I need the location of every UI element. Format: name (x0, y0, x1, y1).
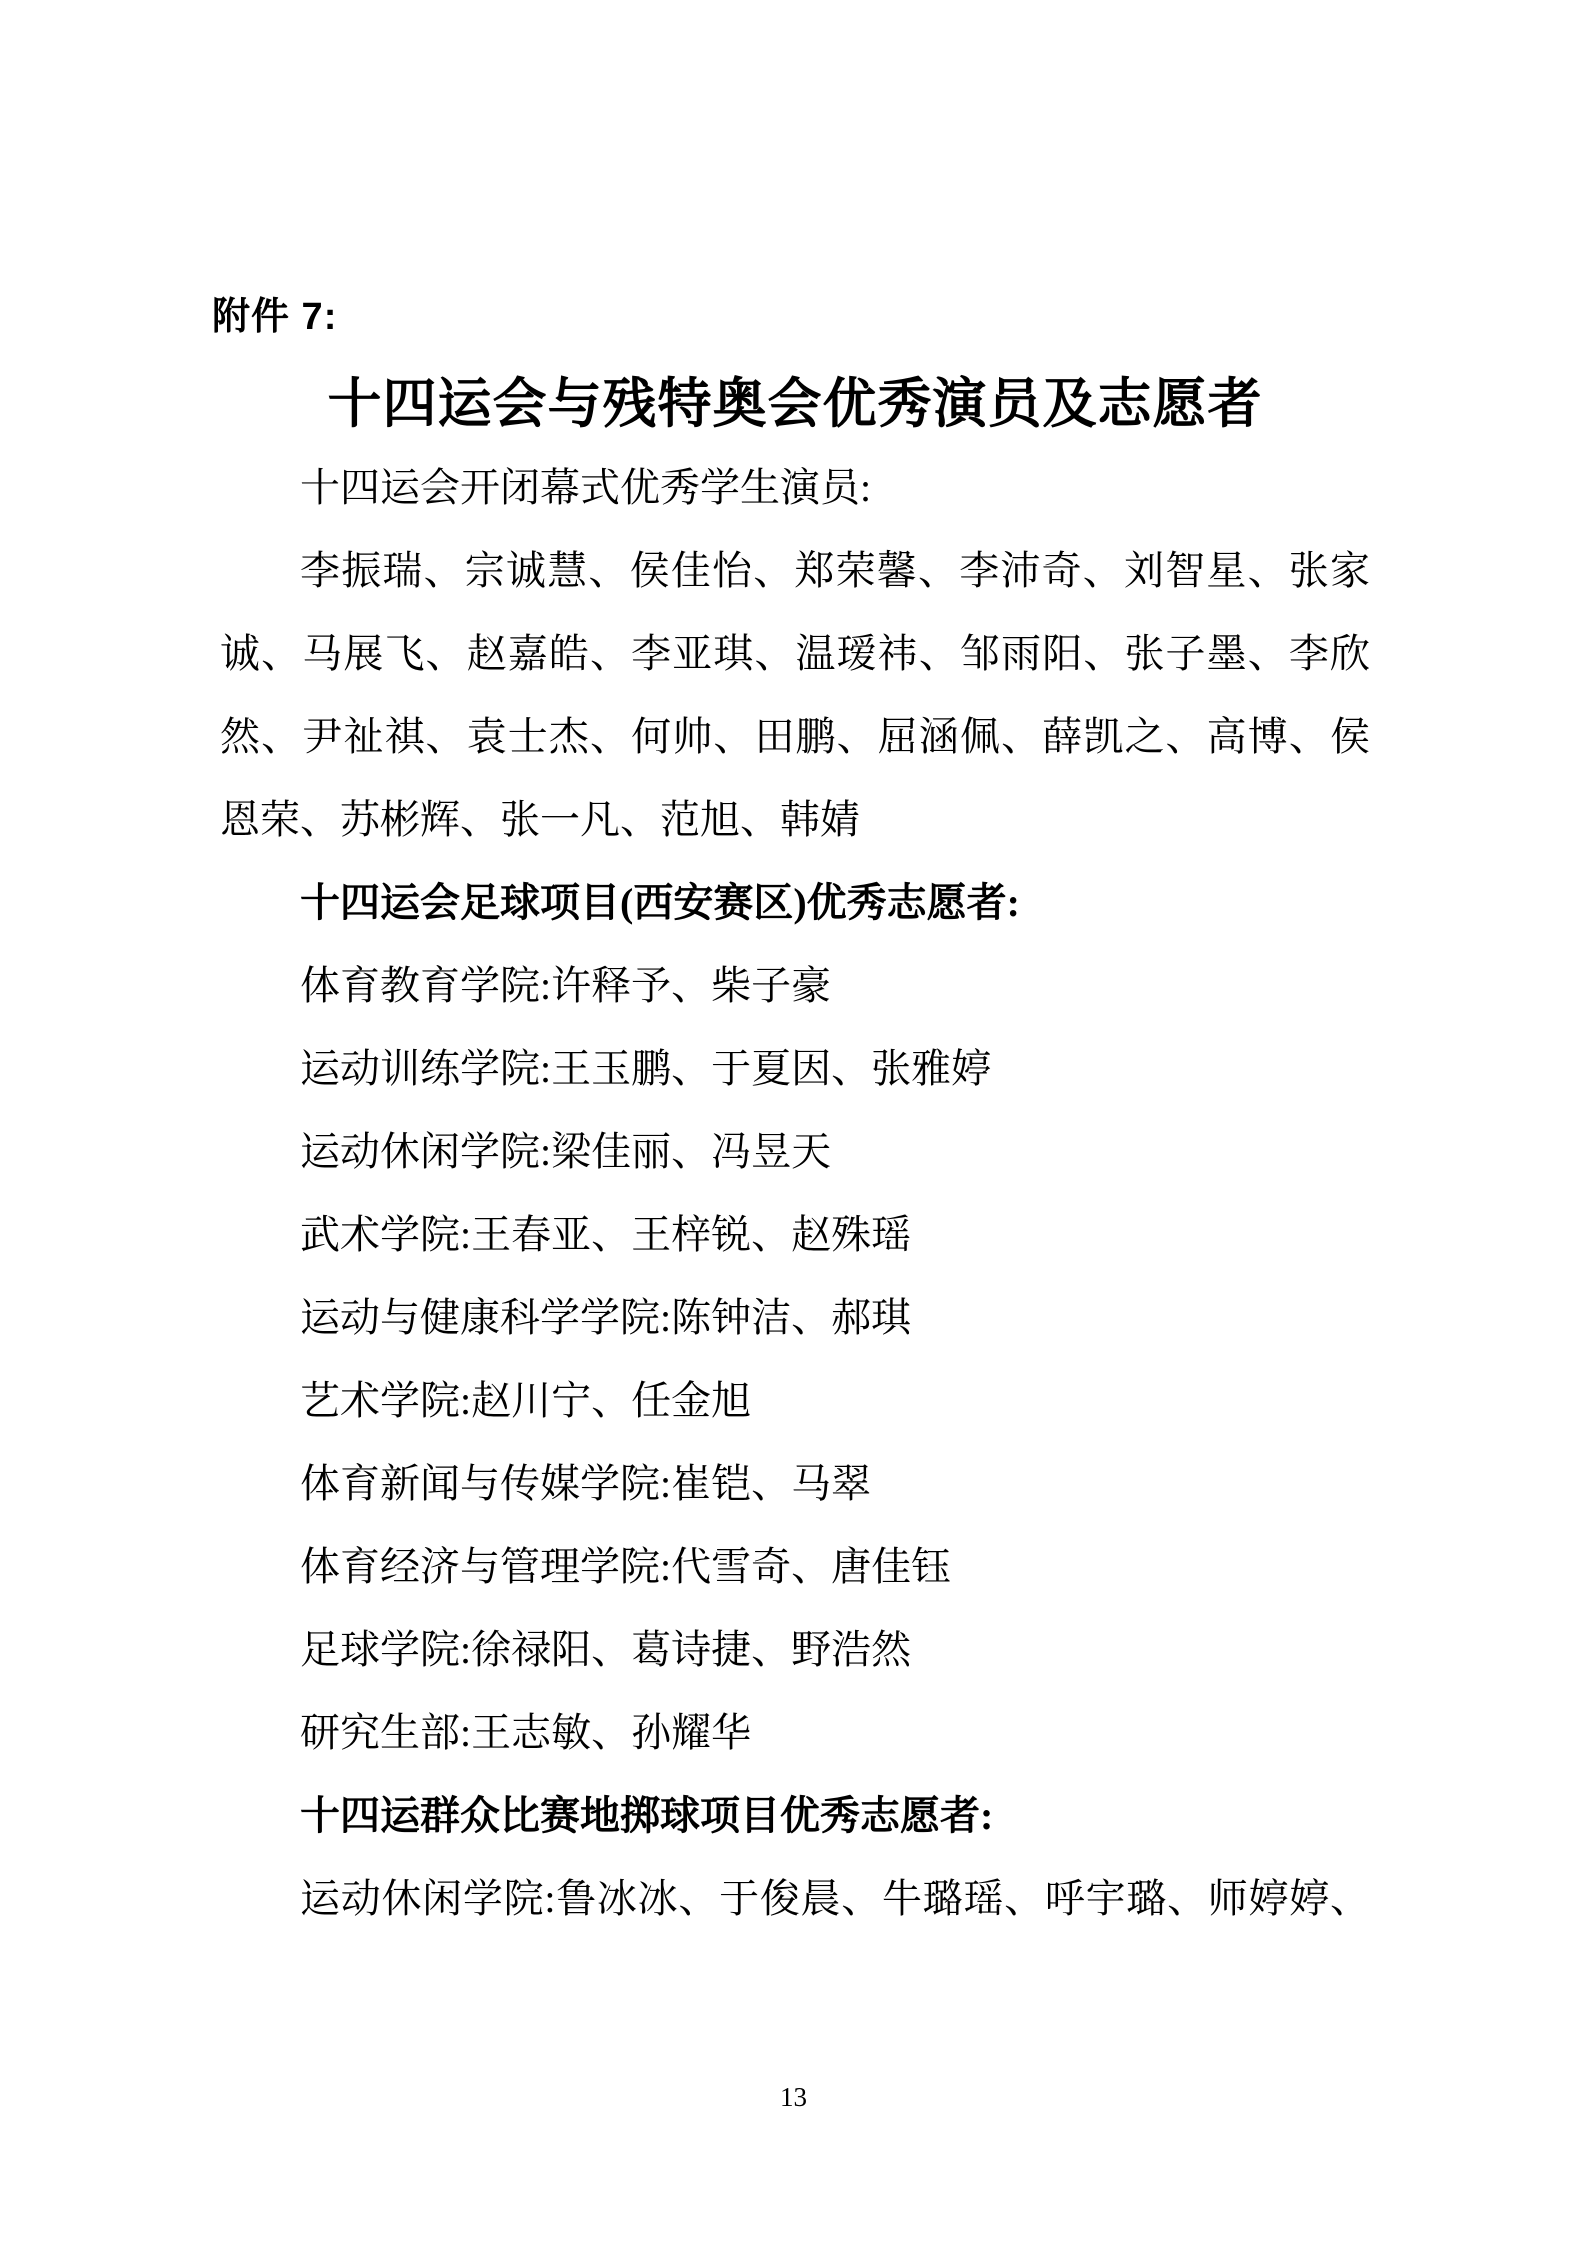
text-line: 恩荣、苏彬辉、张一凡、范旭、韩婧 (220, 778, 1370, 861)
text-line: 运动休闲学院:鲁冰冰、于俊晨、牛璐瑶、呼宇璐、师婷婷、 (220, 1857, 1370, 1940)
section-heading: 十四运群众比赛地掷球项目优秀志愿者: (220, 1774, 1370, 1857)
text-line: 艺术学院:赵川宁、任金旭 (220, 1359, 1370, 1442)
page-number: 13 (0, 2080, 1587, 2114)
text-line: 体育新闻与传媒学院:崔铠、马翠 (220, 1442, 1370, 1525)
text-line: 运动休闲学院:梁佳丽、冯昱天 (220, 1110, 1370, 1193)
section-heading: 十四运会足球项目(西安赛区)优秀志愿者: (220, 861, 1370, 944)
text-line: 运动与健康科学学院:陈钟洁、郝琪 (220, 1276, 1370, 1359)
section-heading: 十四运会开闭幕式优秀学生演员: (220, 446, 1370, 529)
text-line: 武术学院:王春亚、王梓锐、赵殊瑶 (220, 1193, 1370, 1276)
document-page: 附件 7: 十四运会与残特奥会优秀演员及志愿者 十四运会开闭幕式优秀学生演员:李… (0, 0, 1587, 2245)
text-line: 研究生部:王志敏、孙耀华 (220, 1691, 1370, 1774)
attachment-label: 附件 7: (212, 292, 337, 342)
document-body: 十四运会开闭幕式优秀学生演员:李振瑞、宗诚慧、侯佳怡、郑荣馨、李沛奇、刘智星、张… (220, 446, 1370, 1940)
text-line: 诚、马展飞、赵嘉皓、李亚琪、温瑷祎、邹雨阳、张子墨、李欣 (220, 612, 1370, 695)
text-line: 运动训练学院:王玉鹏、于夏因、张雅婷 (220, 1027, 1370, 1110)
text-line: 李振瑞、宗诚慧、侯佳怡、郑荣馨、李沛奇、刘智星、张家 (220, 529, 1370, 612)
document-title: 十四运会与残特奥会优秀演员及志愿者 (220, 368, 1370, 440)
text-line: 足球学院:徐禄阳、葛诗捷、野浩然 (220, 1608, 1370, 1691)
text-line: 体育经济与管理学院:代雪奇、唐佳钰 (220, 1525, 1370, 1608)
text-line: 体育教育学院:许释予、柴子豪 (220, 944, 1370, 1027)
text-line: 然、尹祉祺、袁士杰、何帅、田鹏、屈涵佩、薛凯之、高博、侯 (220, 695, 1370, 778)
